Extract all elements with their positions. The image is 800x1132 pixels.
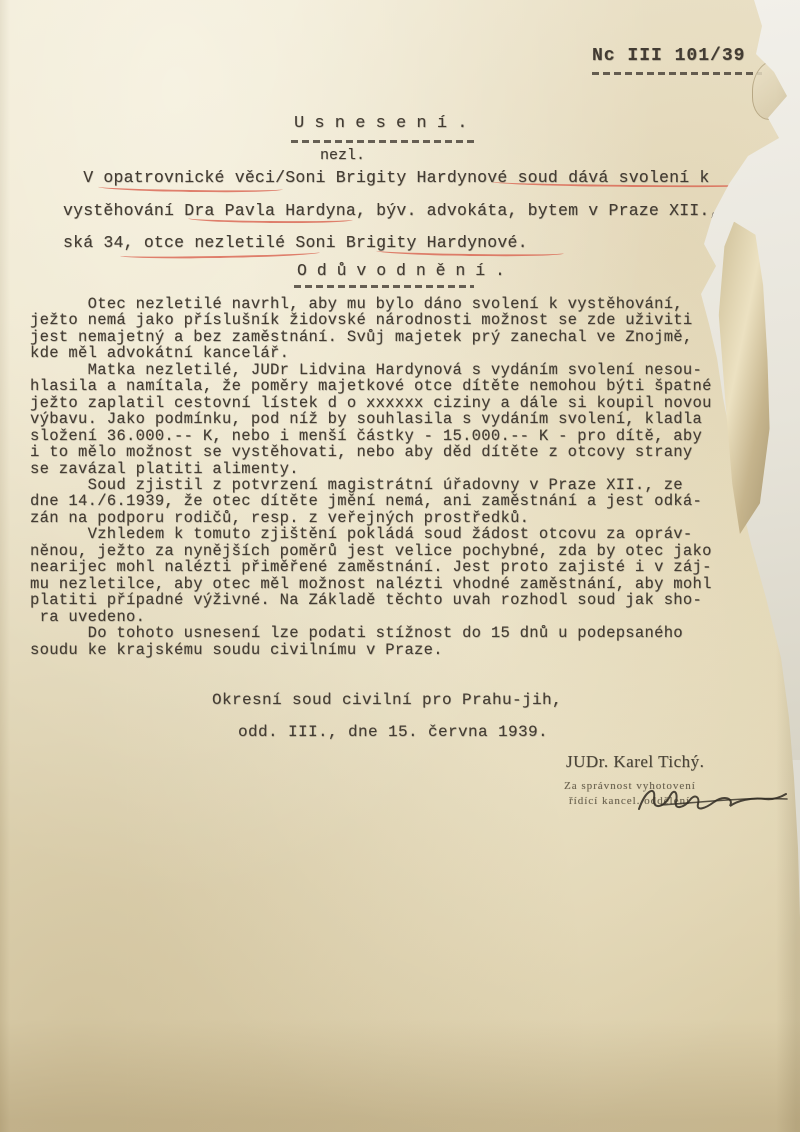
paragraph-1: Otec nezletilé navrhl, aby mu bylo dáno … (30, 296, 712, 362)
closing-date-line: odd. III., dne 15. června 1939. (238, 723, 548, 741)
handwritten-signature (633, 777, 793, 827)
heading-underline (294, 285, 474, 288)
paragraph-5: Do tohoto usnesení lze podati stížnost d… (30, 625, 712, 658)
title-underline (291, 140, 475, 143)
scanned-document: Nc III 101/39 U s n e s e n í . nezl. V … (0, 0, 800, 1132)
reference-number: Nc III 101/39 (592, 46, 745, 66)
closing-court-line: Okresní soud civilní pro Prahu-jih, (212, 691, 562, 709)
body-text: Otec nezletilé navrhl, aby mu bylo dáno … (30, 296, 712, 658)
reference-underline (592, 72, 762, 75)
paragraph-2: Matka nezletilé, JUDr Lidvina Hardynová … (30, 362, 712, 477)
document-paper: Nc III 101/39 U s n e s e n í . nezl. V … (0, 0, 800, 1132)
reasoning-heading: O d ů v o d n ě n í . (297, 261, 505, 280)
paragraph-4: Vzhledem k tomuto zjištění pokládá soud … (30, 526, 712, 625)
signatory-name: JUDr. Karel Tichý. (566, 752, 704, 772)
intro-paragraph: V opatrovnické věci/Soni Brigity Hardyno… (63, 162, 760, 260)
paragraph-3: Soud zjistil z potvrzení magistrátní úřa… (30, 477, 712, 526)
document-title: U s n e s e n í . (294, 114, 467, 133)
